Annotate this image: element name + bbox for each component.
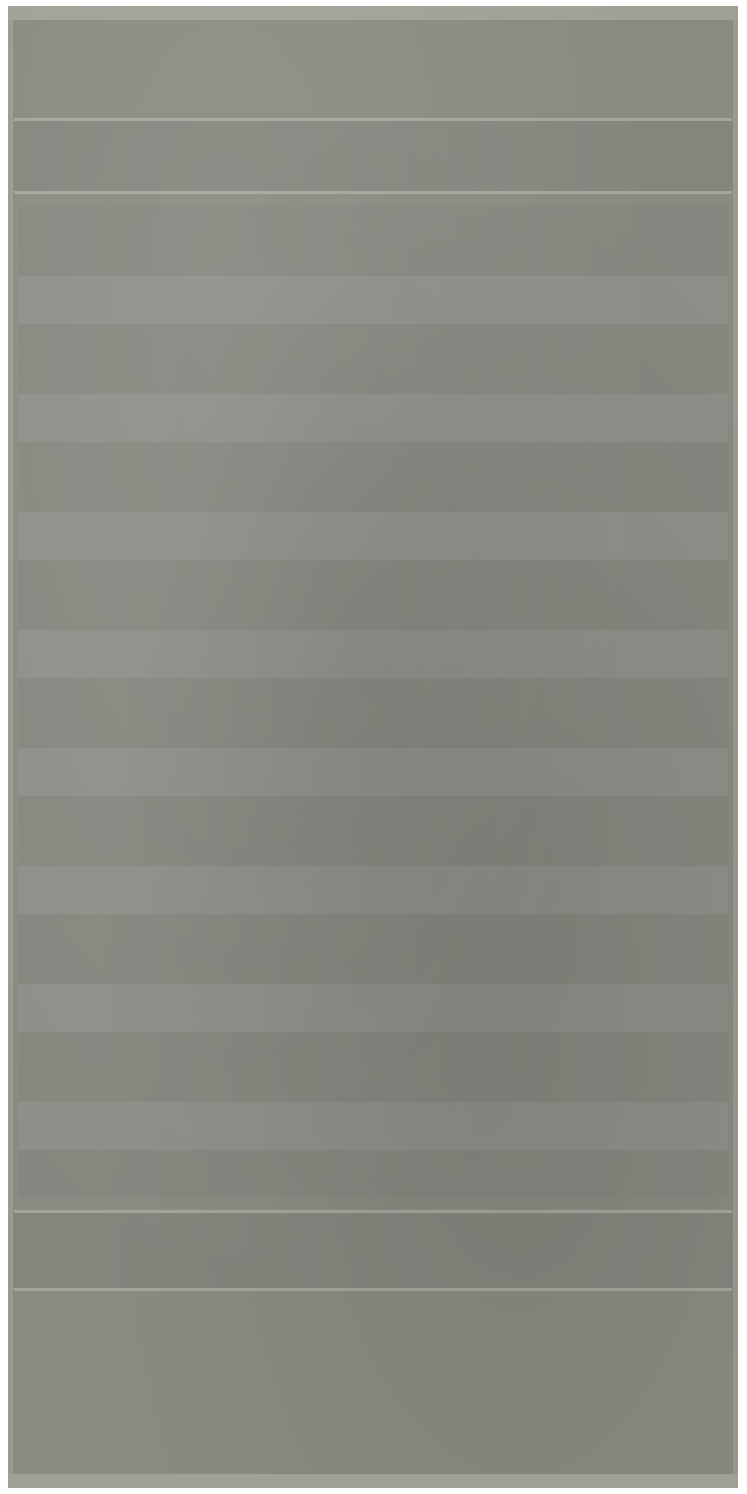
towel-bottom-hem — [8, 1474, 738, 1488]
towel-texture — [8, 6, 738, 1488]
towel — [8, 6, 738, 1488]
